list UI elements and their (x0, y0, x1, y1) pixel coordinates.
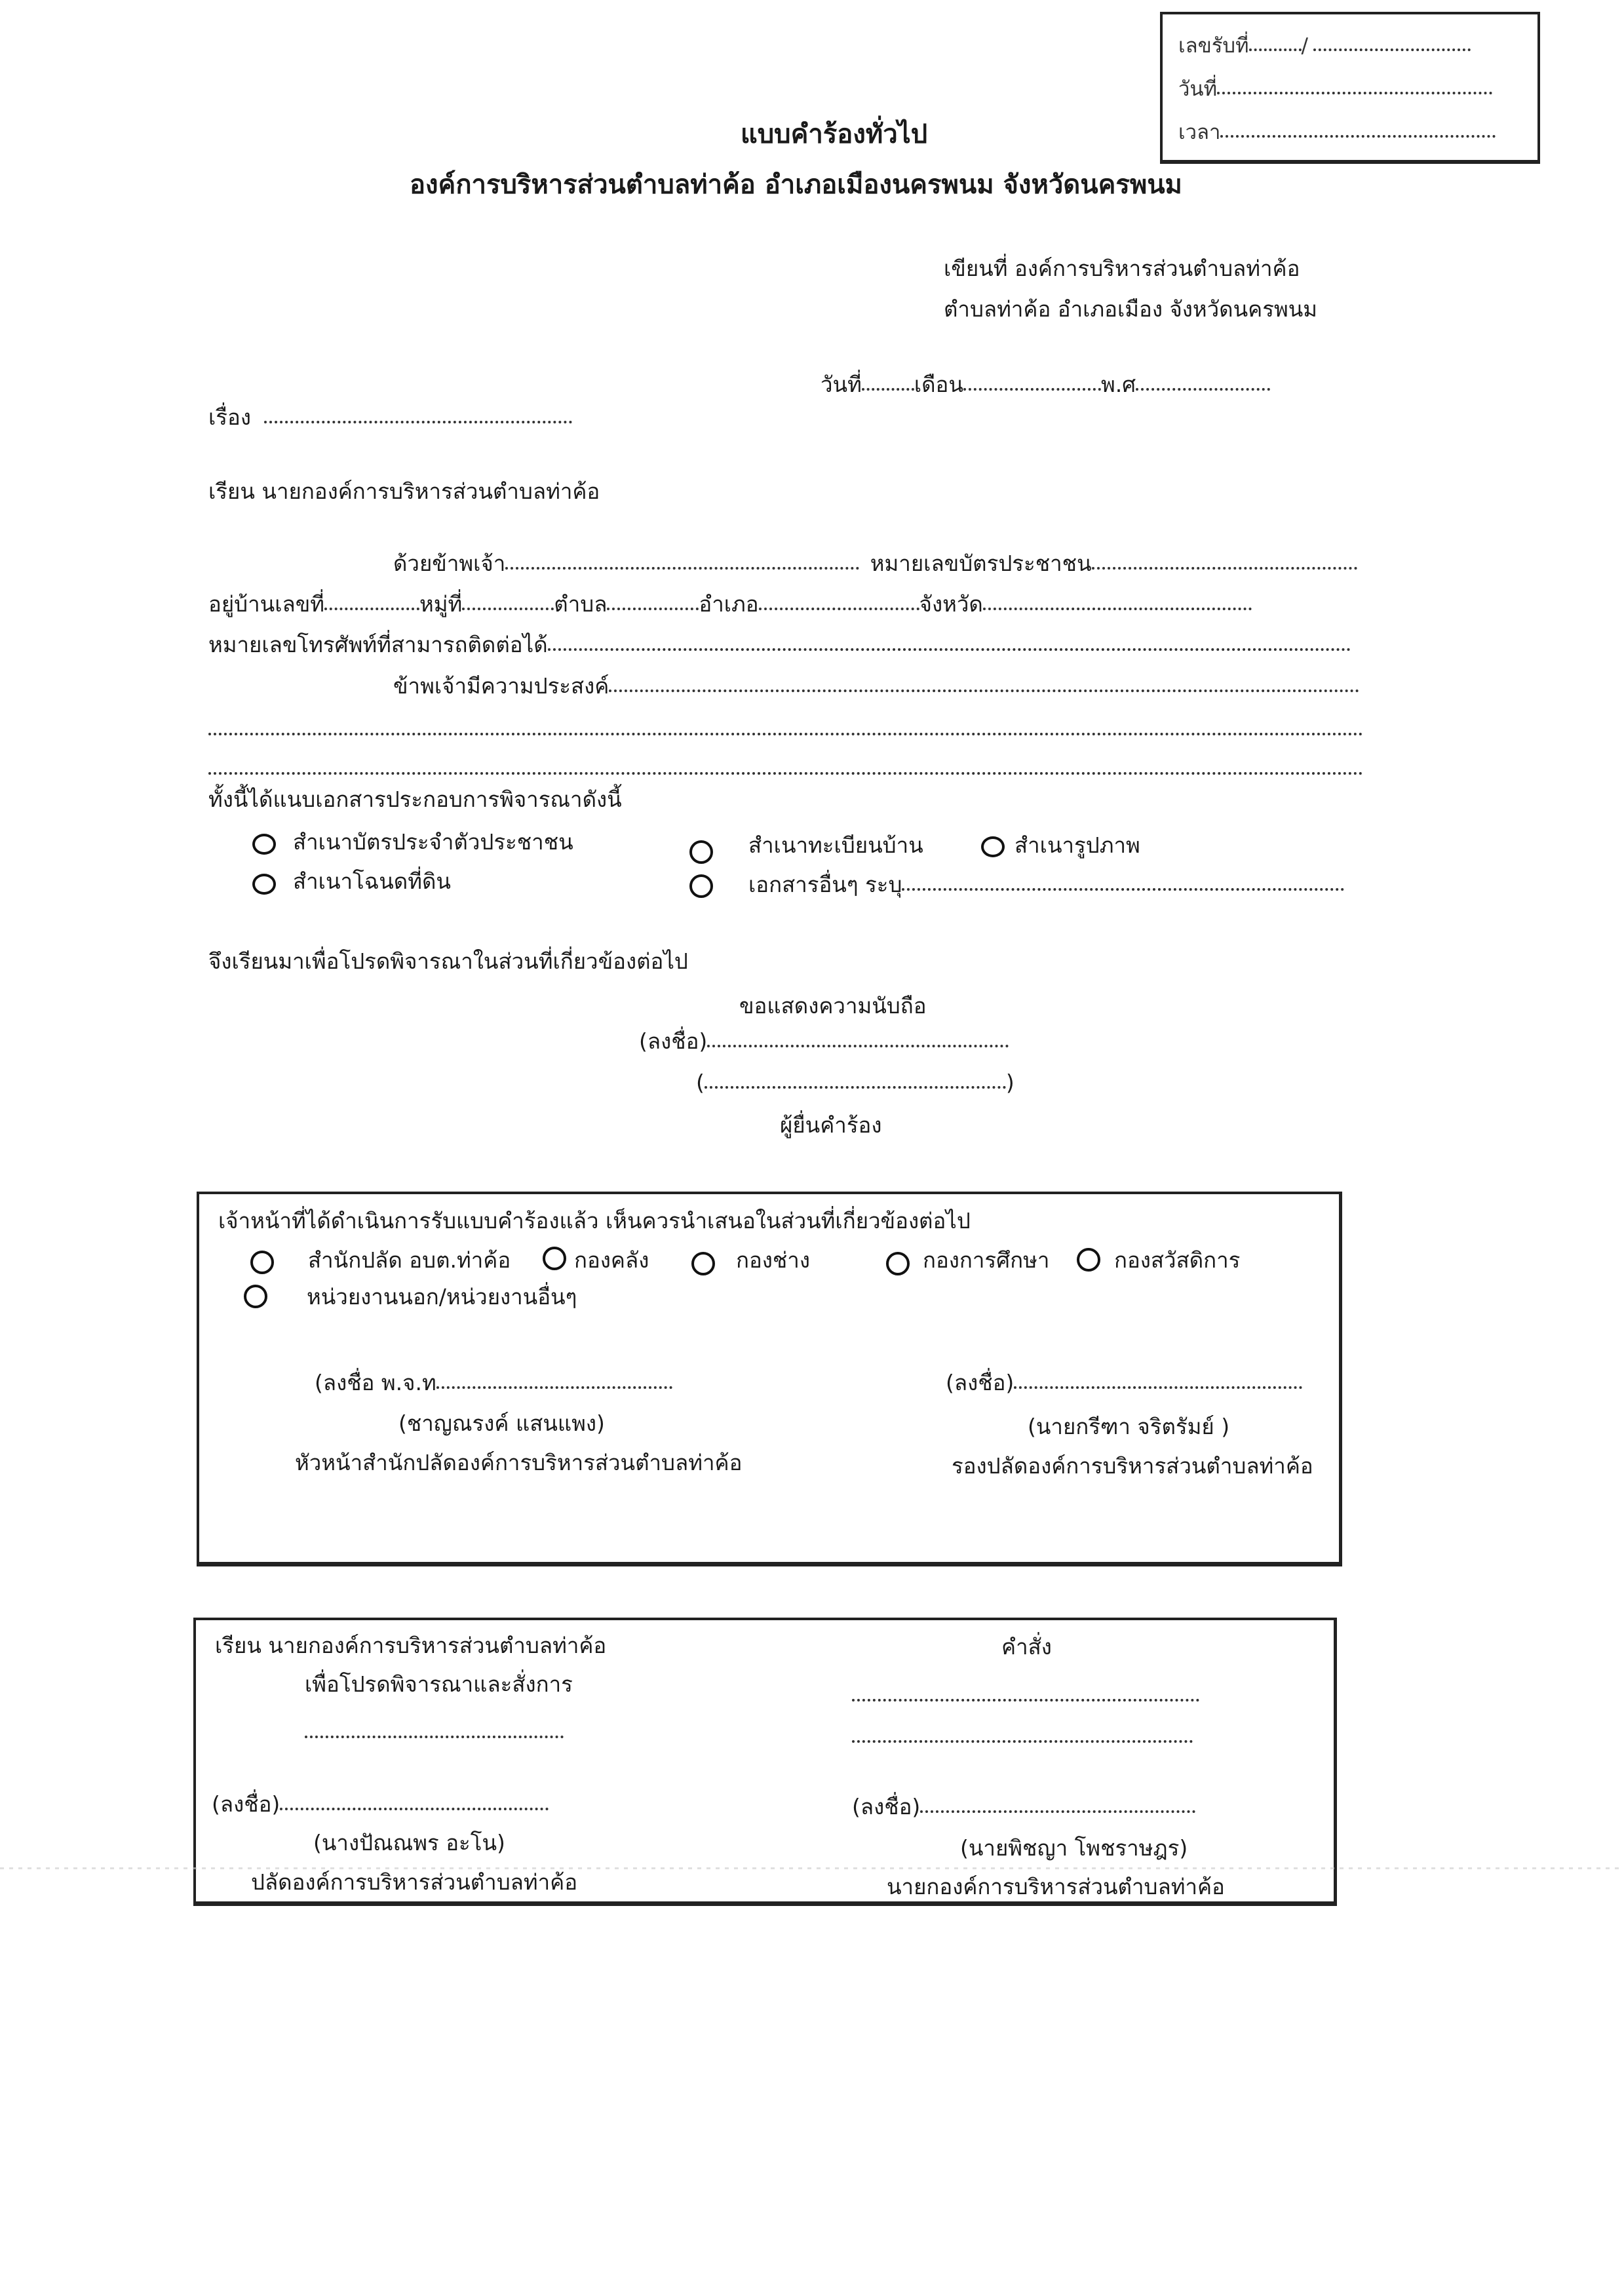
dept-label: กองคลัง (574, 1249, 649, 1271)
month-label: เดือน (914, 372, 963, 397)
approval-right-position: นายกองค์การบริหารส่วนตำบลท่าค้อ (887, 1876, 1225, 1897)
attachment-option-label: สำเนาทะเบียนบ้าน (748, 834, 923, 856)
attachment-land-deed-radio[interactable] (252, 874, 276, 895)
id-card-field[interactable] (1092, 567, 1357, 570)
dept-external-radio[interactable] (244, 1285, 267, 1308)
signature-label: (ลงชื่อ) (852, 1794, 920, 1819)
receipt-date-label: วันที่ (1178, 77, 1217, 101)
approval-section (193, 1618, 1337, 1906)
applicant-name-field[interactable] (505, 567, 859, 570)
approval-note-field[interactable] (305, 1736, 564, 1738)
dept-label: หน่วยงานนอก/หน่วยงานอื่นๆ (307, 1286, 577, 1308)
officer-left-name: (ชาญณรงค์ แสนแพง) (398, 1412, 605, 1434)
attachment-id-card-radio[interactable] (252, 834, 276, 855)
applicant-signature-field[interactable] (707, 1045, 1009, 1047)
attachment-house-registration-radio[interactable] (689, 840, 713, 864)
order-heading: คำสั่ง (1001, 1636, 1052, 1658)
attachment-other-field[interactable] (902, 888, 1344, 891)
signature-label: (ลงชื่อ) (212, 1791, 280, 1817)
organization-heading: องค์การบริหารส่วนตำบลท่าค้อ อำเภอเมืองนค… (410, 172, 1182, 198)
dept-finance-radio[interactable] (543, 1247, 566, 1270)
approval-right-signature-field[interactable] (920, 1810, 1195, 1813)
addressee: เรียน นายกองค์การบริหารส่วนตำบลท่าค้อ (208, 480, 600, 502)
order-field-line-2[interactable] (852, 1740, 1193, 1743)
purpose-field[interactable] (609, 690, 1359, 692)
purpose-row: ข้าพเจ้ามีความประสงค์ (393, 675, 1359, 697)
phone-row: หมายเลขโทรศัพท์ที่สามารถติดต่อได้ (208, 634, 1351, 655)
attachment-option-label: สำเนารูปภาพ (1015, 834, 1140, 856)
phone-field[interactable] (548, 648, 1351, 651)
amphoe-label: อำเภอ (699, 591, 758, 617)
dept-education-radio[interactable] (886, 1252, 910, 1275)
officer-left-signature-row: (ลงชื่อ พ.จ.ท (315, 1372, 672, 1393)
tambon-field[interactable] (607, 608, 699, 610)
approval-left-position: ปลัดองค์การบริหารส่วนตำบลท่าค้อ (251, 1871, 577, 1893)
house-number-label: อยู่บ้านเลขที่ (208, 591, 324, 617)
approval-left-name: (นางปัณณพร อะโน) (313, 1832, 505, 1854)
dept-welfare-radio[interactable] (1077, 1248, 1100, 1272)
officer-left-position: หัวหน้าสำนักปลัดองค์การบริหารส่วนตำบลท่า… (295, 1452, 742, 1473)
dept-engineering-radio[interactable] (691, 1252, 715, 1275)
receipt-box: เลขรับที่/ วันที่ เวลา (1160, 12, 1540, 164)
officer-statement: เจ้าหน้าที่ได้ดำเนินการรับแบบคำร้องแล้ว … (218, 1210, 971, 1232)
dept-label: กองช่าง (736, 1249, 810, 1271)
month-field[interactable] (963, 388, 1101, 391)
officer-right-position: รองปลัดองค์การบริหารส่วนตำบลท่าค้อ (952, 1455, 1313, 1477)
purpose-label: ข้าพเจ้ามีความประสงค์ (393, 673, 609, 699)
approval-right-name: (นายพิชญา โพชราษฎร) (960, 1837, 1188, 1859)
attachment-option-label: สำเนาบัตรประจำตัวประชาชน (293, 831, 573, 853)
scan-artifact-line (0, 1867, 1624, 1869)
paren-close: ) (1006, 1070, 1015, 1095)
year-field[interactable] (1136, 388, 1270, 391)
approval-right-signature-row: (ลงชื่อ) (852, 1796, 1195, 1818)
year-label: พ.ศ (1101, 372, 1136, 397)
approval-for-consideration: เพื่อโปรดพิจารณาและสั่งการ (305, 1673, 573, 1695)
applicant-printed-name-row: () (696, 1072, 1015, 1093)
subject-label: เรื่อง (208, 404, 251, 430)
id-card-label: หมายเลขบัตรประชาชน (870, 551, 1092, 576)
receipt-time-field[interactable]: เวลา (1178, 115, 1496, 148)
attachment-other-row: เอกสารอื่นๆ ระบุ (748, 874, 1344, 895)
province-label: จังหวัด (919, 591, 983, 617)
receipt-number-separator: / (1302, 34, 1308, 58)
receipt-date-field[interactable]: วันที่ (1178, 72, 1492, 105)
attachment-option-label: สำเนาโฉนดที่ดิน (293, 870, 451, 892)
written-at-line-2: ตำบลท่าค้อ อำเภอเมือง จังหวัดนครพนม (944, 298, 1317, 320)
signature-label: (ลงชื่อ พ.จ.ท (315, 1370, 436, 1395)
officer-right-signature-row: (ลงชื่อ) (946, 1372, 1302, 1393)
dept-label: กองสวัสดิการ (1114, 1249, 1240, 1271)
dept-office-radio[interactable] (250, 1251, 274, 1274)
signature-label: (ลงชื่อ) (639, 1028, 707, 1054)
signer-role: ผู้ยื่นคำร้อง (780, 1114, 882, 1136)
form-title: แบบคำร้องทั่วไป (741, 121, 927, 147)
date-line: วันที่เดือนพ.ศ (821, 374, 1270, 395)
receipt-number-field[interactable]: เลขรับที่/ (1178, 29, 1471, 62)
order-field-line-1[interactable] (852, 1699, 1199, 1701)
written-at-line-1: เขียนที่ องค์การบริหารส่วนตำบลท่าค้อ (944, 258, 1300, 279)
applicant-printed-name-field[interactable] (705, 1086, 1006, 1089)
moo-label: หมู่ที่ (419, 591, 462, 617)
purpose-field-line-2[interactable] (208, 733, 1363, 735)
approval-left-signature-row: (ลงชื่อ) (212, 1793, 549, 1815)
purpose-field-line-3[interactable] (208, 772, 1363, 775)
applicant-signature-row: (ลงชื่อ) (639, 1030, 1009, 1052)
approval-left-signature-field[interactable] (280, 1808, 549, 1810)
day-field[interactable] (862, 388, 914, 391)
attachment-photo-radio[interactable] (981, 836, 1005, 857)
attachment-other-radio[interactable] (689, 874, 713, 898)
province-field[interactable] (983, 608, 1252, 610)
signature-label: (ลงชื่อ) (946, 1370, 1014, 1395)
moo-field[interactable] (462, 608, 554, 610)
officer-left-signature-field[interactable] (436, 1386, 672, 1389)
paren-open: ( (696, 1070, 705, 1095)
house-number-field[interactable] (324, 608, 419, 610)
attachment-option-label: เอกสารอื่นๆ ระบุ (748, 872, 902, 897)
applicant-name-row: ด้วยข้าพเจ้า หมายเลขบัตรประชาชน (393, 553, 1357, 574)
dept-label: กองการศึกษา (923, 1249, 1049, 1271)
dept-label: สำนักปลัด อบต.ท่าค้อ (308, 1249, 511, 1271)
attachments-heading: ทั้งนี้ได้แนบเอกสารประกอบการพิจารณาดังนี… (208, 788, 622, 810)
approval-addressee: เรียน นายกองค์การบริหารส่วนตำบลท่าค้อ (215, 1635, 606, 1656)
officer-right-signature-field[interactable] (1014, 1386, 1302, 1389)
applicant-name-label: ด้วยข้าพเจ้า (393, 551, 505, 576)
regards: ขอแสดงความนับถือ (739, 995, 927, 1017)
subject-line: เรื่อง (208, 406, 572, 428)
receipt-number-label: เลขรับที่ (1178, 34, 1249, 58)
tambon-label: ตำบล (554, 591, 607, 617)
closing-request: จึงเรียนมาเพื่อโปรดพิจารณาในส่วนที่เกี่ย… (208, 950, 688, 972)
day-label: วันที่ (821, 372, 862, 397)
subject-field[interactable] (264, 421, 572, 423)
receipt-time-label: เวลา (1178, 121, 1220, 144)
address-row: อยู่บ้านเลขที่หมู่ที่ตำบลอำเภอจังหวัด (208, 593, 1252, 615)
phone-label: หมายเลขโทรศัพท์ที่สามารถติดต่อได้ (208, 632, 548, 657)
amphoe-field[interactable] (759, 608, 919, 610)
officer-right-name: (นายกรีฑา จริตรัมย์ ) (1028, 1416, 1229, 1437)
